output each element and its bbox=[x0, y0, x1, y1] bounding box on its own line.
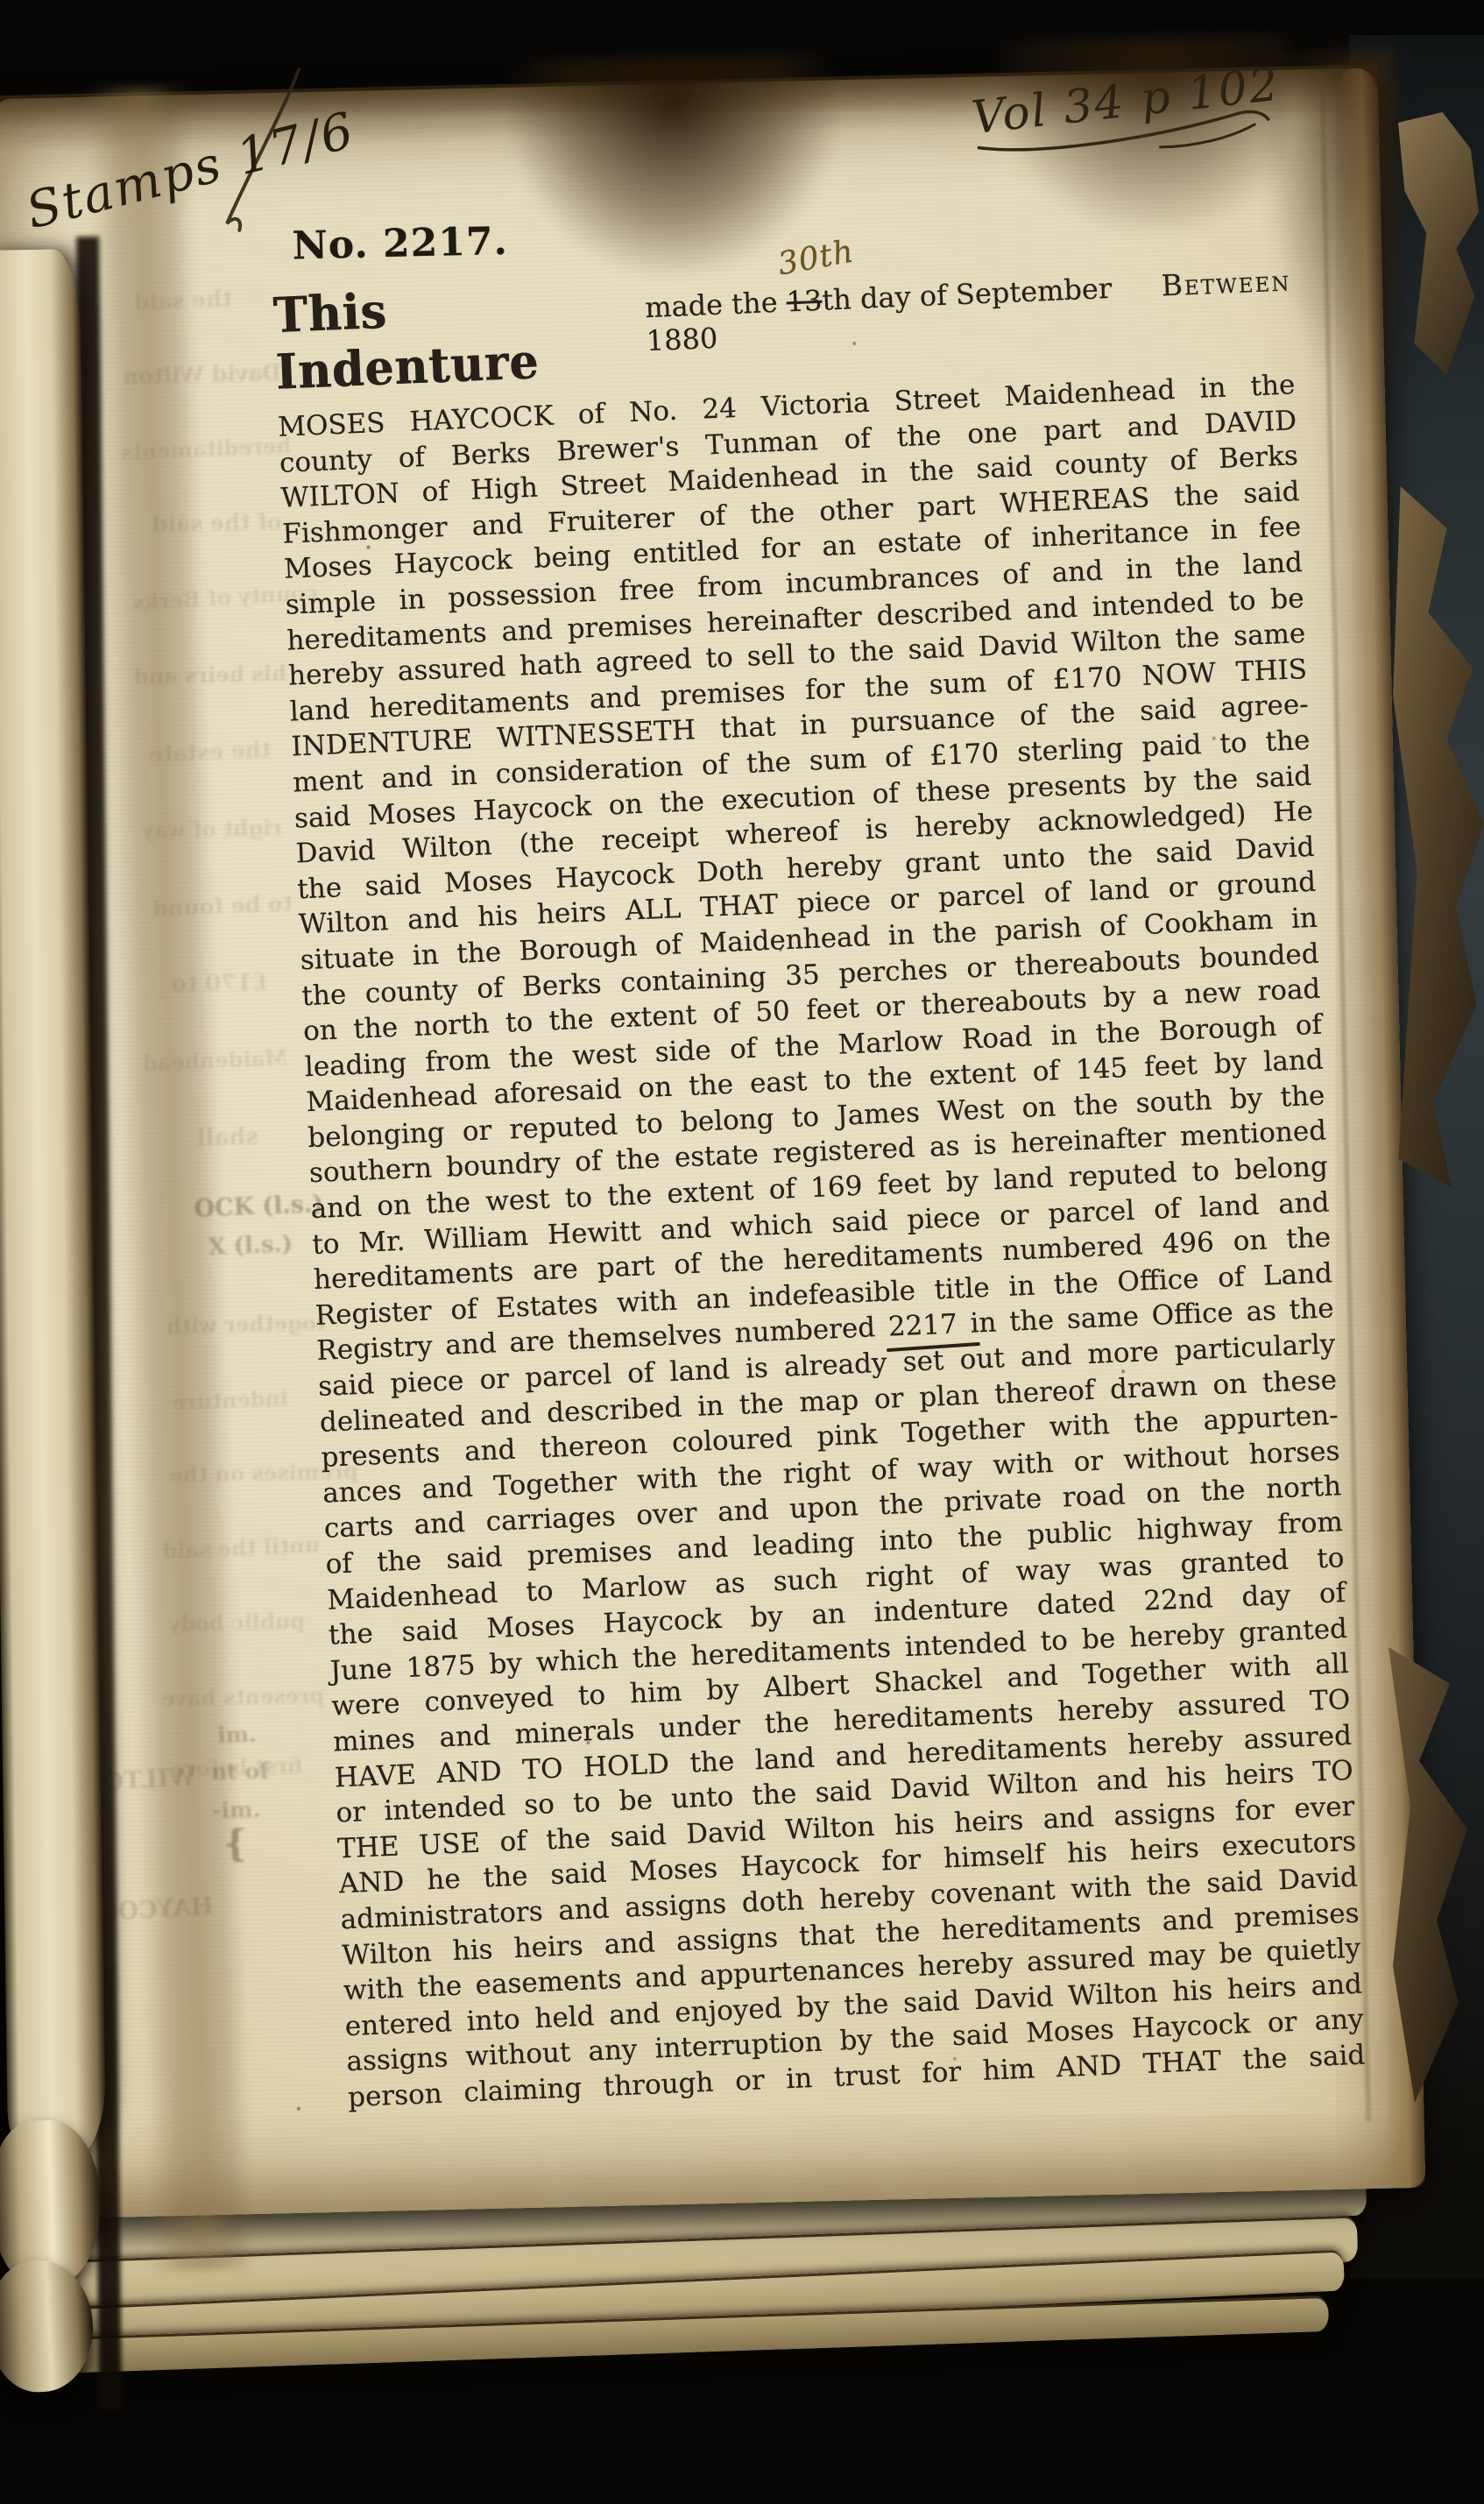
ghost-fragment: indenture bbox=[172, 1385, 289, 1415]
ghost-fragment: -im. bbox=[212, 1797, 261, 1823]
ghost-fragment: OCK (l.s.) bbox=[194, 1191, 324, 1223]
ghost-fragment: to be found bbox=[152, 890, 293, 921]
ghost-fragment: £170 to bbox=[171, 969, 268, 998]
struck-day-wrap: 30th13 bbox=[786, 284, 823, 319]
ghost-fragment: first before bbox=[172, 1753, 303, 1781]
ghost-fragment: Maidenhead bbox=[142, 1044, 288, 1076]
ghost-fragment: public body bbox=[168, 1609, 305, 1638]
document-number: No. 2217. bbox=[292, 219, 508, 269]
ghost-fragment: hereditaments bbox=[119, 433, 292, 465]
ghost-fragment: X (l.s.) bbox=[208, 1231, 293, 1261]
ghost-fragment: the estate bbox=[148, 737, 272, 767]
heading-between: Between bbox=[1161, 263, 1291, 302]
registered-number: 2217 bbox=[887, 1309, 958, 1343]
ghost-fragment: the said bbox=[133, 286, 232, 315]
heading-made-the: made the bbox=[644, 285, 787, 324]
ghost-fragment: right of way bbox=[141, 815, 282, 844]
ghost-fragment: together with bbox=[166, 1310, 326, 1339]
struck-day: 13 bbox=[786, 284, 823, 319]
heading-middle: made the 30th13th day of September 1880 bbox=[644, 270, 1163, 358]
ghost-fragment: presents have bbox=[161, 1682, 325, 1711]
ghost-fragment: until the said bbox=[162, 1532, 321, 1564]
body-lines: MOSES HAYCOCK of No. 24 Victoria Street … bbox=[277, 367, 1366, 2115]
volume-annotation: Vol 34 p 102 bbox=[969, 59, 1285, 176]
ghost-fragment: shall bbox=[196, 1124, 258, 1152]
ghost-fragment: David Wilton bbox=[123, 360, 282, 389]
page: the saidDavid Wiltonhereditamentsof the … bbox=[0, 67, 1425, 2218]
deed-page-scan: the saidDavid Wiltonhereditamentsof the … bbox=[0, 0, 1484, 2504]
ghost-fragment: his heirs and bbox=[133, 661, 286, 690]
text-block: This Indenture made the 30th13th day of … bbox=[272, 248, 1366, 2115]
inserted-day-annotation: 30th bbox=[775, 233, 857, 282]
ghost-fragment: im. bbox=[217, 1722, 257, 1748]
ghost-fragment: of the said bbox=[152, 509, 281, 537]
heading-opening: This Indenture bbox=[272, 272, 648, 401]
ghost-fragment: nt of bbox=[211, 1758, 270, 1785]
ghost-fragment: { bbox=[223, 1821, 247, 1865]
